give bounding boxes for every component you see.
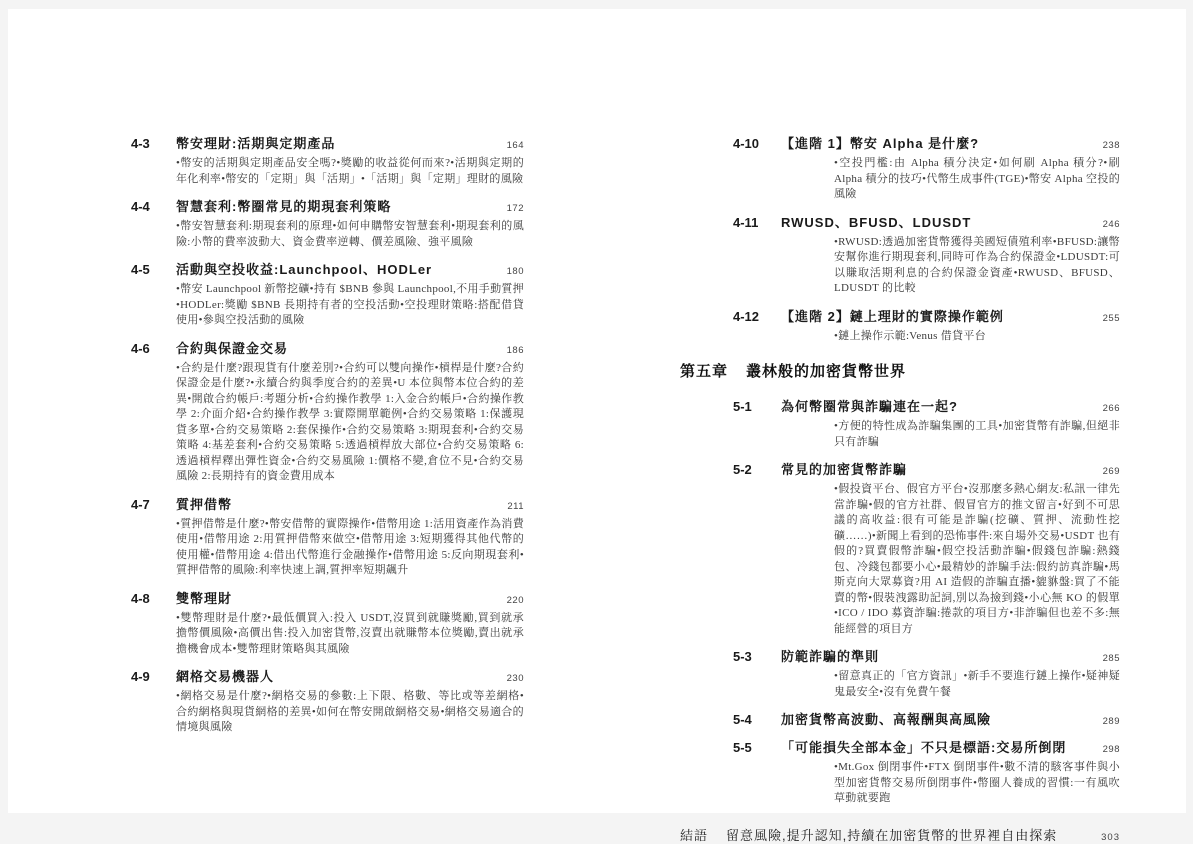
chapter-number: 第五章	[680, 360, 728, 381]
conclusion-entry: 結語 留意風險,提升認知,持續在加密貨幣的世界裡自由探索 303	[680, 825, 1120, 844]
toc-entry-page: 285	[1093, 653, 1120, 664]
toc-entry-number: 4-8	[131, 591, 176, 606]
toc-entry-head: 4-7 質押借幣 211	[131, 494, 524, 513]
toc-entry-description: •幣安 Launchpool 新幣挖礦•持有 $BNB 參與 Launchpoo…	[176, 282, 524, 329]
toc-entry-number: 5-4	[733, 712, 781, 727]
toc-entry-description: •合約是什麼?跟現貨有什麼差別?•合約可以雙向操作•槓桿是什麼?合約保證金是什麼…	[176, 361, 524, 485]
toc-entry: 4-4 智慧套利:幣圈常見的期現套利策略 172 •幣安智慧套利:期現套利的原理…	[131, 196, 524, 250]
toc-left-column: 4-3 幣安理財:活期與定期產品 164 •幣安的活期與定期產品安全嗎?•獎勵的…	[131, 133, 524, 745]
toc-entry-title: 活動與空投收益:Launchpool、HODLer	[176, 259, 497, 278]
toc-entry-number: 5-5	[733, 740, 781, 755]
toc-entry-number: 4-4	[131, 199, 176, 214]
toc-entry: 4-6 合約與保證金交易 186 •合約是什麼?跟現貨有什麼差別?•合約可以雙向…	[131, 338, 524, 485]
toc-entry-page: 238	[1093, 140, 1120, 151]
toc-entry-head: 4-10 【進階 1】幣安 Alpha 是什麼? 238	[733, 133, 1120, 152]
toc-entry-head: 5-1 為何幣圈常與詐騙連在一起? 266	[733, 396, 1120, 415]
toc-entry-title: 為何幣圈常與詐騙連在一起?	[781, 396, 1093, 415]
toc-entry: 5-2 常見的加密貨幣詐騙 269 •假投資平台、假官方平台•沒那麼多熱心網友:…	[680, 459, 1120, 637]
toc-entry-number: 4-11	[733, 215, 781, 230]
toc-entry: 5-4 加密貨幣高波動、高報酬與高風險 289	[680, 709, 1120, 728]
toc-entry: 5-5 「可能損失全部本金」不只是標語:交易所倒閉 298 •Mt.Gox 倒閉…	[680, 737, 1120, 807]
toc-entry-description: •假投資平台、假官方平台•沒那麼多熱心網友:私訊一律先當詐騙•假的官方社群、假冒…	[834, 482, 1120, 637]
toc-entry-number: 4-9	[131, 669, 176, 684]
toc-entry-page: 220	[497, 595, 524, 606]
toc-entry-head: 4-12 【進階 2】鏈上理財的實際操作範例 255	[733, 306, 1120, 325]
toc-entry-page: 246	[1093, 219, 1120, 230]
toc-entry-head: 4-4 智慧套利:幣圈常見的期現套利策略 172	[131, 196, 524, 215]
chapter-title: 叢林般的加密貨幣世界	[746, 360, 906, 381]
toc-entry-head: 4-3 幣安理財:活期與定期產品 164	[131, 133, 524, 152]
toc-entry-description: •雙幣理財是什麼?•最低價買入:投入 USDT,沒買到就賺獎勵,買到就承擔幣價風…	[176, 611, 524, 658]
toc-entry-number: 4-7	[131, 497, 176, 512]
toc-entry-title: 「可能損失全部本金」不只是標語:交易所倒閉	[781, 737, 1093, 756]
conclusion-label: 結語	[680, 825, 708, 844]
toc-entry-page: 230	[497, 673, 524, 684]
toc-entry-title: 幣安理財:活期與定期產品	[176, 133, 497, 152]
toc-entry: 4-9 網格交易機器人 230 •網格交易是什麼?•網格交易的參數:上下限、格數…	[131, 666, 524, 736]
toc-entry-page: 266	[1093, 403, 1120, 414]
toc-entry-description: •空投門檻:由 Alpha 積分決定•如何刷 Alpha 積分?•刷 Alpha…	[834, 156, 1120, 203]
toc-entry: 4-8 雙幣理財 220 •雙幣理財是什麼?•最低價買入:投入 USDT,沒買到…	[131, 588, 524, 658]
toc-entry-number: 5-1	[733, 399, 781, 414]
toc-entry-title: 加密貨幣高波動、高報酬與高風險	[781, 709, 1093, 728]
toc-entry-head: 4-11 RWUSD、BFUSD、LDUSDT 246	[733, 212, 1120, 231]
conclusion-title: 留意風險,提升認知,持續在加密貨幣的世界裡自由探索	[726, 825, 1091, 844]
toc-entry-description: •鏈上操作示範:Venus 借貸平台	[834, 329, 1120, 345]
toc-entry-description: •留意真正的「官方資訊」•新手不要進行鏈上操作•疑神疑鬼最安全•沒有免費午餐	[834, 669, 1120, 700]
toc-entry: 5-3 防範詐騙的準則 285 •留意真正的「官方資訊」•新手不要進行鏈上操作•…	[680, 646, 1120, 700]
toc-entry: 4-10 【進階 1】幣安 Alpha 是什麼? 238 •空投門檻:由 Alp…	[680, 133, 1120, 203]
toc-entry-title: RWUSD、BFUSD、LDUSDT	[781, 212, 1093, 231]
toc-entry-head: 4-9 網格交易機器人 230	[131, 666, 524, 685]
toc-entry-head: 5-2 常見的加密貨幣詐騙 269	[733, 459, 1120, 478]
toc-entry-number: 4-6	[131, 341, 176, 356]
toc-entry: 4-7 質押借幣 211 •質押借幣是什麼?•幣安借幣的實際操作•借幣用途 1:…	[131, 494, 524, 579]
toc-entry-number: 5-2	[733, 462, 781, 477]
toc-entry-head: 4-6 合約與保證金交易 186	[131, 338, 524, 357]
toc-entry-title: 雙幣理財	[176, 588, 497, 607]
toc-entry-head: 4-5 活動與空投收益:Launchpool、HODLer 180	[131, 259, 524, 278]
toc-entry-title: 防範詐騙的準則	[781, 646, 1093, 665]
toc-entry-title: 常見的加密貨幣詐騙	[781, 459, 1093, 478]
toc-entry: 4-11 RWUSD、BFUSD、LDUSDT 246 •RWUSD:透過加密貨…	[680, 212, 1120, 297]
toc-entry-number: 5-3	[733, 649, 781, 664]
toc-entry-page: 186	[497, 345, 524, 356]
toc-entry-number: 4-5	[131, 262, 176, 277]
toc-entry: 5-1 為何幣圈常與詐騙連在一起? 266 •方便的特性成為詐騙集團的工具•加密…	[680, 396, 1120, 450]
toc-entry-page: 211	[497, 501, 524, 512]
toc-entry-title: 質押借幣	[176, 494, 497, 513]
toc-entry-head: 4-8 雙幣理財 220	[131, 588, 524, 607]
toc-entry-head: 5-3 防範詐騙的準則 285	[733, 646, 1120, 665]
toc-entry-description: •幣安的活期與定期產品安全嗎?•獎勵的收益從何而來?•活期與定期的年化利率•幣安…	[176, 156, 524, 187]
toc-entry-head: 5-4 加密貨幣高波動、高報酬與高風險 289	[733, 709, 1120, 728]
toc-entry-page: 180	[497, 266, 524, 277]
toc-entry-number: 4-12	[733, 309, 781, 324]
toc-entry-page: 289	[1093, 716, 1120, 727]
toc-entry-description: •網格交易是什麼?•網格交易的參數:上下限、格數、等比或等差網格•合約網格與現貨…	[176, 689, 524, 736]
toc-entry-page: 298	[1093, 744, 1120, 755]
toc-entry-page: 269	[1093, 466, 1120, 477]
toc-entry-description: •RWUSD:透過加密貨幣獲得美國短債殖利率•BFUSD:讓幣安幫你進行期現套利…	[834, 235, 1120, 297]
toc-entry-page: 172	[497, 203, 524, 214]
toc-entry-title: 【進階 1】幣安 Alpha 是什麼?	[781, 133, 1093, 152]
toc-entry-head: 5-5 「可能損失全部本金」不只是標語:交易所倒閉 298	[733, 737, 1120, 756]
toc-entry-page: 164	[497, 140, 524, 151]
toc-entry-title: 【進階 2】鏈上理財的實際操作範例	[781, 306, 1093, 325]
toc-right-column: 4-10 【進階 1】幣安 Alpha 是什麼? 238 •空投門檻:由 Alp…	[680, 133, 1120, 844]
toc-entry-number: 4-3	[131, 136, 176, 151]
conclusion-page: 303	[1091, 832, 1120, 843]
toc-entry-description: •幣安智慧套利:期現套利的原理•如何申購幣安智慧套利•期現套利的風險:小幣的費率…	[176, 219, 524, 250]
book-page: 4-3 幣安理財:活期與定期產品 164 •幣安的活期與定期產品安全嗎?•獎勵的…	[8, 9, 1186, 813]
toc-entry-description: •Mt.Gox 倒閉事件•FTX 倒閉事件•數不清的駭客事件與小型加密貨幣交易所…	[834, 760, 1120, 807]
toc-entry-page: 255	[1093, 313, 1120, 324]
toc-entry: 4-5 活動與空投收益:Launchpool、HODLer 180 •幣安 La…	[131, 259, 524, 329]
toc-entry-title: 合約與保證金交易	[176, 338, 497, 357]
toc-entry-title: 智慧套利:幣圈常見的期現套利策略	[176, 196, 497, 215]
toc-entry-number: 4-10	[733, 136, 781, 151]
toc-entry: 4-12 【進階 2】鏈上理財的實際操作範例 255 •鏈上操作示範:Venus…	[680, 306, 1120, 345]
toc-entry: 4-3 幣安理財:活期與定期產品 164 •幣安的活期與定期產品安全嗎?•獎勵的…	[131, 133, 524, 187]
toc-entry-description: •質押借幣是什麼?•幣安借幣的實際操作•借幣用途 1:活用資產作為消費使用•借幣…	[176, 517, 524, 579]
toc-entry-title: 網格交易機器人	[176, 666, 497, 685]
chapter-heading: 第五章 叢林般的加密貨幣世界	[680, 360, 1120, 381]
toc-entry-description: •方便的特性成為詐騙集團的工具•加密貨幣有詐騙,但絕非只有詐騙	[834, 419, 1120, 450]
